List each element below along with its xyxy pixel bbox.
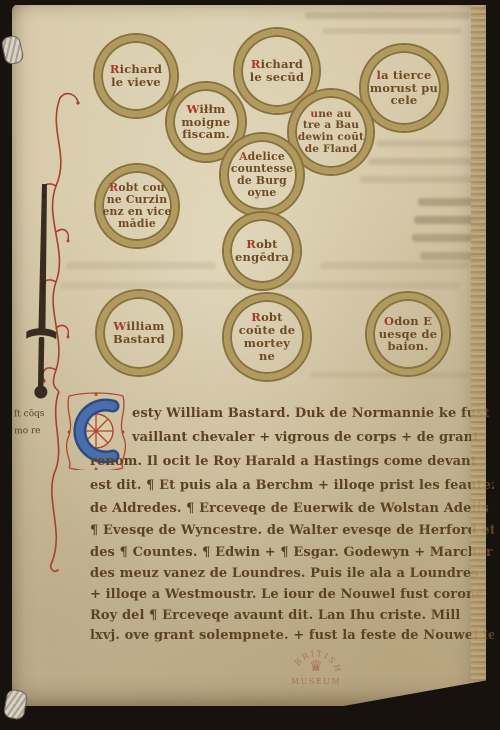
british-museum-stamp: BRITISH ♛ MUSEUM — [290, 640, 342, 692]
body-text-line: est dit. ¶ Et puis ala a Berchm + illoqe… — [90, 478, 494, 498]
parchment-page: Richard le vieve Richard le secūd la tie… — [12, 4, 486, 706]
roundel-richard-le-vieve: Richard le vieve — [95, 35, 177, 117]
body-text-line: vaillant chevaler + vigrous de corps + d… — [132, 430, 494, 450]
photo-border-top — [0, 0, 500, 5]
crown-icon: ♛ — [309, 657, 322, 675]
body-text-line: de Aldredes. ¶ Erceveqe de Euerwik de Wo… — [90, 501, 494, 521]
body-text-line: ¶ Evesqe de Wyncestre. de Walter evesqe … — [90, 523, 494, 543]
binding-cord-bottom — [3, 688, 29, 720]
roundel-odon-evesqe-baion: Odon E uesqe de baion. — [367, 293, 449, 375]
body-text-line: renom. Il ocit le Roy Harald a Hastings … — [90, 454, 494, 474]
roundel-robt-engendra: Robt engēdra — [224, 213, 300, 289]
roundel-la-tierce-morust-pucele: la tierce morust pu cele — [361, 45, 447, 131]
svg-text:MUSEUM: MUSEUM — [291, 677, 341, 686]
body-text-line: + illoqe a Westmoustr. Le iour de Nouwel… — [90, 587, 494, 607]
roundel-adelice-countesse: Adelice countesse de Burg oyne — [221, 134, 303, 216]
marginal-note: ft cōqs mo re — [14, 406, 65, 441]
roundel-robt-normandie: Robt cou ne Curzin enz en vice mādie — [96, 165, 178, 247]
roundel-william-bastard: William Bastard — [97, 291, 181, 375]
body-text-line: des meuz vanez de Loundres. Puis ile ala… — [90, 566, 494, 586]
sword-icon — [20, 182, 64, 414]
page-edges — [471, 4, 486, 698]
roundel-une-autre-baudewin: une au tre a Bau dewin coūt de Fland — [289, 90, 373, 174]
body-text-line: esty William Bastard. Duk de Normannie k… — [132, 406, 494, 426]
body-text-line: des ¶ Countes. ¶ Edwin + ¶ Esgar. Godewy… — [90, 545, 494, 565]
body-text-line: Roy del ¶ Erceveqe avaunt dit. Lan Ihu c… — [90, 608, 494, 628]
manuscript-photo: Richard le vieve Richard le secūd la tie… — [0, 0, 500, 730]
roundel-robt-counte-morteyne: Robt coūte de mortey ne — [224, 294, 310, 380]
